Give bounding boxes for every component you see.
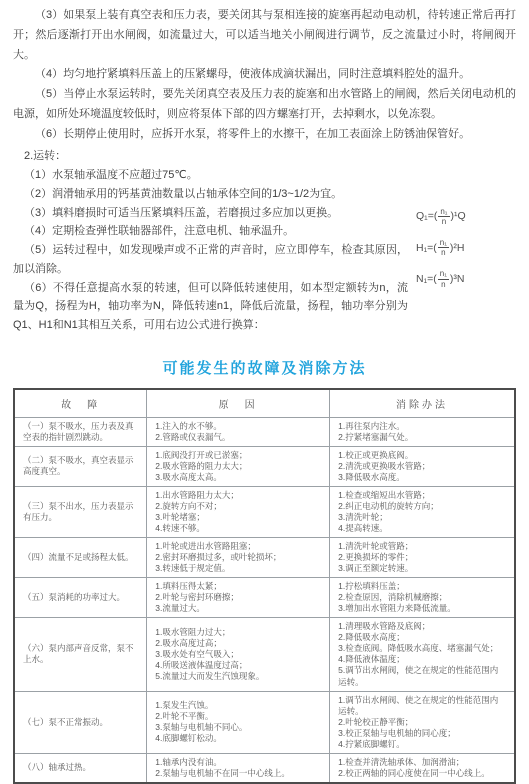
fault-cell: （七）泵不正常振动。: [14, 691, 147, 753]
header-cause: 原 因: [147, 389, 330, 418]
cause-cell: 1.轴承内没有油。 2.泵轴与电机轴不在同一中心线上。: [147, 753, 330, 783]
fault-cell: （六）泵内部声音反常，泵不上水。: [14, 618, 147, 691]
fault-cell: （四）流量不足或扬程太低。: [14, 537, 147, 577]
running-item-3: （3）填料磨损时可适当压紧填料压盖，若磨损过多应加以更换。: [13, 204, 408, 223]
remedy-cell: 1.检查或缩短出水管路； 2.纠正电动机的旋转方向； 3.清洗叶轮； 4.提高转…: [330, 486, 515, 537]
table-row: （一）泵不吸水，压力表及真空表的指针剧烈跳动。1.注入的水不够。 2.管路或仪表…: [14, 417, 515, 446]
formula-power: N₁=(n₁n)³N: [416, 269, 520, 288]
fault-cell: （八）轴承过热。: [14, 753, 147, 783]
formula-flow-prefix: Q₁=(: [416, 210, 437, 222]
fault-cell: （二）泵不吸水，真空表显示高度真空。: [14, 446, 147, 486]
table-row: （四）流量不足或扬程太低。1.叶轮或进出水管路阻塞； 2.密封环磨损过多，或叶轮…: [14, 537, 515, 577]
header-fault: 故 障: [14, 389, 147, 418]
section-operating-instructions: （3）如果泵上装有真空表和压力表，要关闭其与泵相连接的旋塞再起动电动机，待转速正…: [13, 6, 516, 145]
fraction: n₁n: [438, 238, 449, 257]
remedy-cell: 1.调节出水闸阀、使之在规定的性能范围内运转。 2.叶轮校正静平衡； 3.校正泵…: [330, 691, 515, 753]
table-row: （六）泵内部声音反常，泵不上水。1.吸水管阻力过大； 2.吸水高度过高； 3.吸…: [14, 618, 515, 691]
running-item-4: （4）定期检查弹性联轴器部件，注意电机、轴承温升。: [13, 222, 408, 241]
formula-head: H₁=(n₁n)²H: [416, 238, 520, 257]
remedy-cell: 1.检查并清洗轴承体、加润滑油； 2.校正两轴的同心度使在同一中心线上。: [330, 753, 515, 783]
formula-head-suffix: )²H: [450, 242, 465, 254]
remedy-cell: 1.清理吸水管路及底阀； 2.降低吸水高度； 3.检查底阀。降低吸水高度、堵塞漏…: [330, 618, 515, 691]
section-running: 2.运转： （1）水泵轴承温度不应超过75℃。 （2）润滑轴承用的钙基黄油数量以…: [13, 147, 516, 335]
remedy-cell: 1.拧松填料压盖； 2.检查原因，消除机械磨擦； 3.增加出水管阻力来降低流量。: [330, 578, 515, 618]
cause-cell: 1.注入的水不够。 2.管路或仪表漏气。: [147, 417, 330, 446]
header-remedy: 消除办法: [330, 389, 515, 418]
fault-cell: （一）泵不吸水，压力表及真空表的指针剧烈跳动。: [14, 417, 147, 446]
fault-table-title: 可能发生的故障及消除方法: [13, 357, 516, 378]
table-row: （八）轴承过热。1.轴承内没有油。 2.泵轴与电机轴不在同一中心线上。1.检查并…: [14, 753, 515, 783]
paragraph-5: （5）当停止水泵运转时，要先关闭真空表及压力表的旋塞和出水管路上的闸阀，然后关闭…: [13, 85, 516, 125]
running-item-1: （1）水泵轴承温度不应超过75℃。: [13, 166, 408, 185]
fault-table-body: （一）泵不吸水，压力表及真空表的指针剧烈跳动。1.注入的水不够。 2.管路或仪表…: [14, 417, 515, 783]
table-header-row: 故 障 原 因 消除办法: [14, 389, 515, 418]
remedy-cell: 1.清洗叶轮或管路； 2.更换损坏的零件； 3.调正至额定转速。: [330, 537, 515, 577]
cause-cell: 1.泵发生汽蚀。 2.叶轮不平衡。 3.泵轴与电机轴不同心。 4.底脚螺钉松动。: [147, 691, 330, 753]
fault-table: 故 障 原 因 消除办法 （一）泵不吸水，压力表及真空表的指针剧烈跳动。1.注入…: [13, 388, 516, 784]
fraction: n₁n: [438, 207, 449, 226]
running-item-2: （2）润滑轴承用的钙基黄油数量以占轴承体空间的1/3~1/2为宜。: [13, 185, 408, 204]
conversion-formulas: Q₁=(n₁n)¹Q H₁=(n₁n)²H N₁=(n₁n)³N: [416, 207, 520, 289]
formula-power-prefix: N₁=(: [416, 273, 437, 285]
formula-flow-suffix: )¹Q: [451, 210, 466, 222]
paragraph-4: （4）均匀地拧紧填料压盖上的压紧螺母，使液体成滴状漏出，同时注意填料腔处的温升。: [13, 65, 516, 85]
section2-heading: 2.运转：: [13, 147, 408, 167]
running-item-5: （5）运转过程中，如发现噪声或不正常的声音时，应立即停车，检查其原因，加以消除。: [13, 241, 408, 278]
remedy-cell: 1.校正或更换底阀。 2.清洗或更换吸水管路； 3.降低吸水高度。: [330, 446, 515, 486]
remedy-cell: 1.再往泵内注水。 2.拧紧堵塞漏气处。: [330, 417, 515, 446]
cause-cell: 1.填料压得太紧； 2.叶轮与密封环磨擦； 3.流量过大。: [147, 578, 330, 618]
fraction: n₁n: [438, 269, 449, 288]
table-row: （五）泵消耗的功率过大。1.填料压得太紧； 2.叶轮与密封环磨擦； 3.流量过大…: [14, 578, 515, 618]
fault-cell: （五）泵消耗的功率过大。: [14, 578, 147, 618]
manual-page: （3）如果泵上装有真空表和压力表，要关闭其与泵相连接的旋塞再起动电动机，待转速正…: [0, 0, 529, 784]
paragraph-3: （3）如果泵上装有真空表和压力表，要关闭其与泵相连接的旋塞再起动电动机，待转速正…: [13, 6, 516, 65]
table-row: （七）泵不正常振动。1.泵发生汽蚀。 2.叶轮不平衡。 3.泵轴与电机轴不同心。…: [14, 691, 515, 753]
cause-cell: 1.出水管路阻力太大； 2.旋转方向不对； 3.叶轮堵塞； 4.转速不够。: [147, 486, 330, 537]
running-item-6: （6）不得任意提高水泵的转速，但可以降低转速使用，如本型定额转为n，流量为Q，扬…: [13, 279, 408, 335]
fault-cell: （三）泵不出水，压力表显示有压力。: [14, 486, 147, 537]
table-row: （二）泵不吸水，真空表显示高度真空。1.底阀没打开或已淤塞； 2.吸水管路的阻力…: [14, 446, 515, 486]
formula-power-suffix: )³N: [450, 273, 465, 285]
cause-cell: 1.底阀没打开或已淤塞； 2.吸水管路的阻力太大； 3.吸水高度太高。: [147, 446, 330, 486]
cause-cell: 1.叶轮或进出水管路阻塞； 2.密封环磨损过多，或叶轮损坏； 3.转速低于规定值…: [147, 537, 330, 577]
table-row: （三）泵不出水，压力表显示有压力。1.出水管路阻力太大； 2.旋转方向不对； 3…: [14, 486, 515, 537]
cause-cell: 1.吸水管阻力过大； 2.吸水高度过高； 3.吸水处有空气吸入； 4.所吸送液体…: [147, 618, 330, 691]
formula-head-prefix: H₁=(: [416, 242, 437, 254]
formula-flow: Q₁=(n₁n)¹Q: [416, 207, 520, 226]
paragraph-6: （6）长期停止使用时，应拆开水泵，将零件上的水擦干，在加工表面涂上防锈油保管好。: [13, 125, 516, 145]
